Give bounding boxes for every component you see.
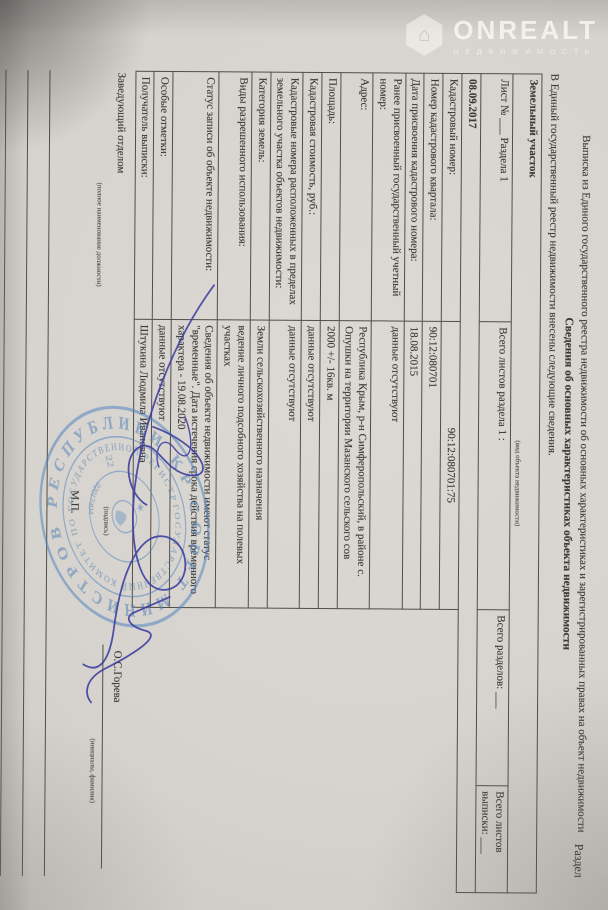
sheets-in-section-cell: Всего листов раздела 1 : (477, 322, 512, 610)
seal-mark: М.П. (68, 490, 80, 513)
row-value: 18.08.2015 (402, 321, 423, 609)
row-label: Кадастровый номер: (441, 73, 461, 321)
row-label: Получатель выписки: (134, 71, 154, 319)
document-intro: В Единый государственный реестр недвижим… (542, 74, 560, 894)
row-value: данные отсутствуют (267, 320, 302, 608)
sheet-number-cell: Лист № ___ Раздела 1 (479, 74, 513, 322)
table-row: Адрес:Республика Крым, р-н Симферопольск… (335, 73, 373, 892)
row-value: 90:12:080701 (421, 321, 442, 609)
row-value: Земли сельскохозяйственного назначения (248, 320, 269, 608)
row-label: Ранее присвоенный государственный учетны… (371, 73, 405, 321)
row-label: Номер кадастрового квартала: (423, 73, 443, 321)
row-label: Кадастровые номера расположенных в преде… (269, 72, 303, 320)
row-value: данные отсутствуют (369, 321, 404, 609)
photo-canvas: Раздел Выписка из Единого государственно… (0, 0, 608, 910)
official-name: О.С.Горева (111, 651, 123, 703)
total-sections-cell: Всего разделов: ___ (476, 610, 510, 786)
property-table-body: Земельный участок (вид объекта недвижимо… (130, 71, 542, 893)
sheet-counters-row: Лист № ___ Раздела 1 Всего листов раздел… (475, 74, 513, 893)
row-value: данные отсутствуют (299, 320, 320, 608)
row-label: Виды разрешенного использования: (218, 72, 252, 320)
row-value: Сведения об объекте недвижимости имеют с… (169, 319, 217, 607)
row-value: ведение личного подсобного хозяйства на … (216, 320, 251, 608)
row-label: Кадастровая стоимость, руб.: (301, 72, 321, 320)
object-type-row: Земельный участок (вид объекта недвижимо… (507, 74, 541, 893)
egrn-document: Раздел Выписка из Единого государственно… (0, 0, 608, 910)
row-label: Площадь: (320, 73, 340, 321)
row-label: Дата присвоения кадастрового номера: (404, 73, 424, 321)
table-row: Статус записи об объекте недвижимости:Св… (167, 71, 219, 890)
property-table: Земельный участок (вид объекта недвижимо… (129, 71, 542, 894)
position-caption: (полное наименование должности) (95, 182, 104, 286)
row-label: Особые отметки: (153, 71, 173, 319)
row-value: 2000 +/- 16кв. м (318, 320, 339, 608)
name-underline (101, 644, 104, 868)
row-label: Адрес: (339, 73, 373, 321)
row-value: данные отсутствуют (151, 319, 172, 607)
table-row: Виды разрешенного использования:ведение … (214, 72, 252, 891)
total-sheets-cell: Всего листов выписки: ___ (475, 786, 508, 893)
table-row: Получатель выписки:Штукина Людмила Ивано… (130, 71, 154, 890)
position-title: Заведующий отделом (114, 73, 127, 174)
name-caption: (инициалы, фамилия) (88, 738, 96, 803)
signature-caption: (подпись) (102, 506, 110, 535)
row-value: Штукина Людмила Ивановна (132, 319, 153, 607)
document-sheet: Выписка из Единого государственного реес… (0, 70, 597, 894)
row-value: 90:12:080701:75 (439, 321, 460, 609)
table-row: Ранее присвоенный государственный учетны… (367, 73, 405, 892)
row-label: Статус записи об объекте недвижимости: (171, 71, 219, 319)
row-label: Категория земель: (250, 72, 270, 320)
row-value: Республика Крым, р-н Симферопольский, в … (337, 321, 372, 609)
document-title: Выписка из Единого государственного реес… (573, 74, 593, 894)
table-row: Кадастровые номера расположенных в преде… (265, 72, 303, 891)
object-type-value: Земельный участок (526, 79, 539, 177)
signature-block: Заведующий отделом (полное наименование … (85, 70, 131, 890)
